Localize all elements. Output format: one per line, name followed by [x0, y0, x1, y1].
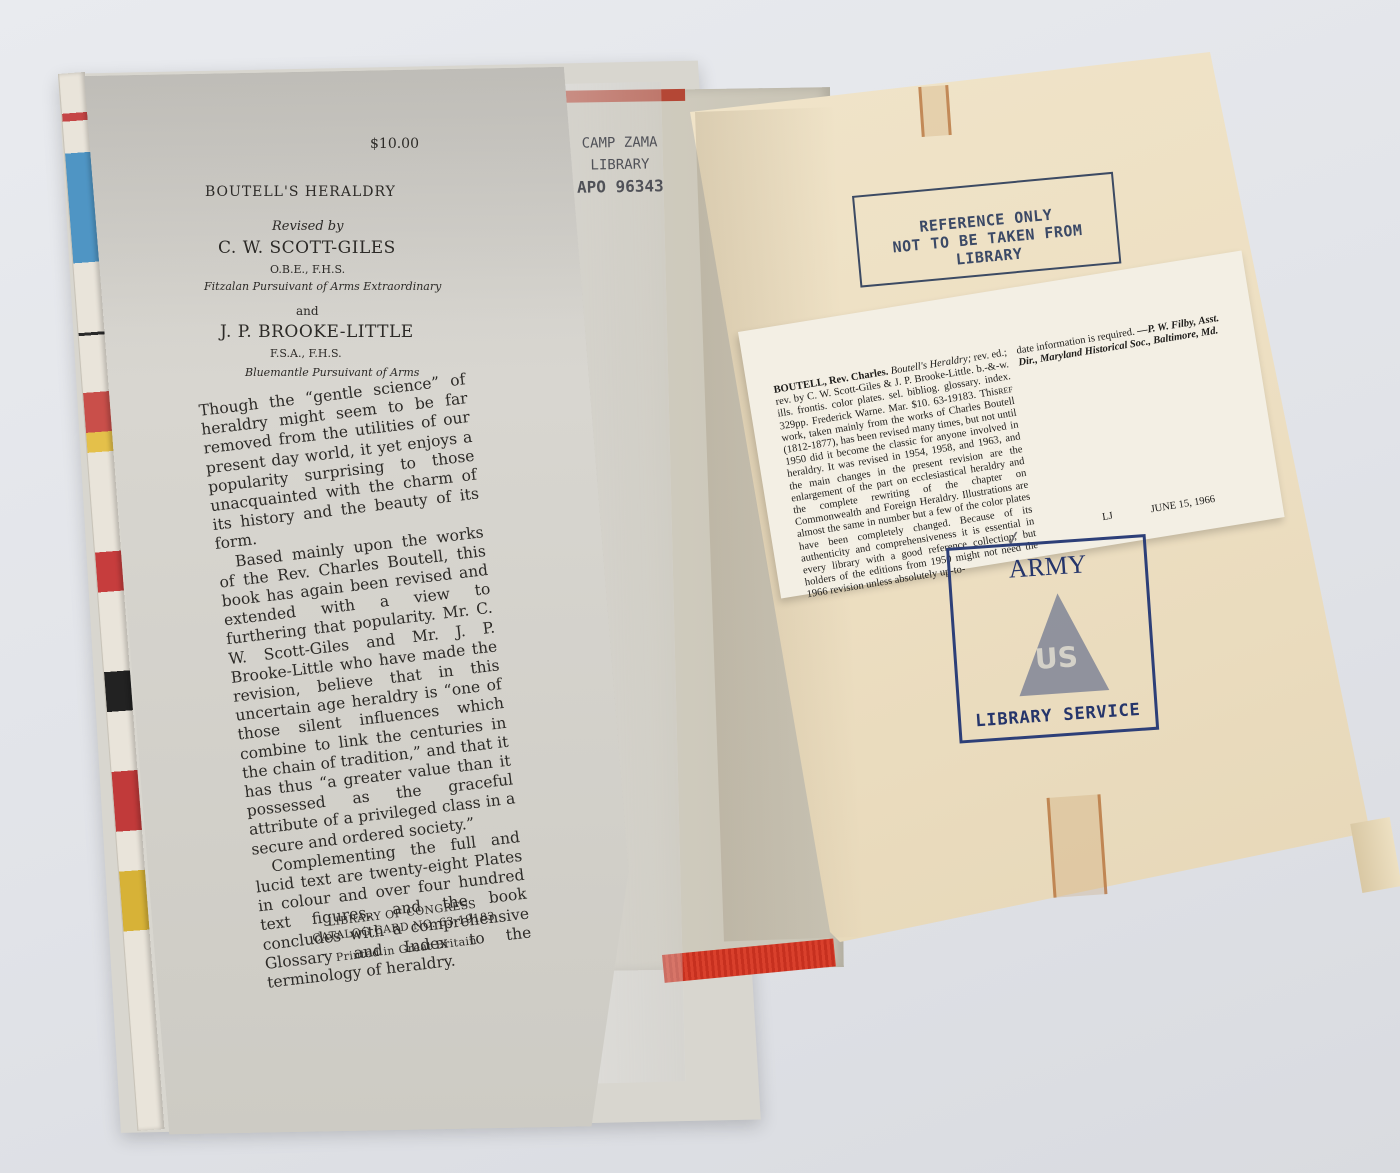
page-block-edge — [1350, 817, 1400, 893]
review-source: LJ — [1101, 511, 1113, 524]
review-footer: LJ JUNE 15, 1966 — [1101, 494, 1215, 523]
author-2-office: Bluemantle Pursuivant of Arms — [245, 366, 419, 379]
stamp-line: LIBRARY — [560, 153, 680, 177]
stamp-line: CAMP ZAMA — [559, 131, 679, 155]
author-1-name: C. W. SCOTT-GILES — [218, 238, 396, 258]
tape-stain-top — [918, 85, 951, 137]
author-2-credentials: F.S.A., F.H.S. — [270, 347, 342, 360]
price-label: $10.00 — [370, 136, 419, 152]
revised-by-label: Revised by — [272, 219, 343, 234]
flap-shadow — [84, 67, 585, 336]
book-title: BOUTELL'S HERALDRY — [205, 184, 396, 200]
stamp-line: APO 96343 — [560, 175, 680, 199]
author-1-credentials: O.B.E., F.H.S. — [270, 263, 345, 276]
army-stamp-title: ARMY — [950, 545, 1146, 588]
us-emblem-text: US — [1034, 640, 1079, 676]
army-stamp-footer: LIBRARY SERVICE — [961, 699, 1156, 732]
tape-stain-bottom — [1047, 794, 1108, 898]
review-date: JUNE 15, 1966 — [1150, 494, 1216, 515]
author-1-office: Fitzalan Pursuivant of Arms Extraordinar… — [204, 280, 441, 293]
camp-library-stamp: CAMP ZAMA LIBRARY APO 96343 — [559, 131, 680, 199]
author-2-name: J. P. BROOKE-LITTLE — [220, 322, 414, 342]
review-continuation: date information is required. —P. W. Fil… — [1016, 311, 1232, 369]
blurb-paragraph: Based mainly upon the works of the Rev. … — [216, 523, 518, 860]
army-library-service-stamp: ARMY US LIBRARY SERVICE — [946, 534, 1159, 743]
conjunction: and — [296, 304, 319, 318]
